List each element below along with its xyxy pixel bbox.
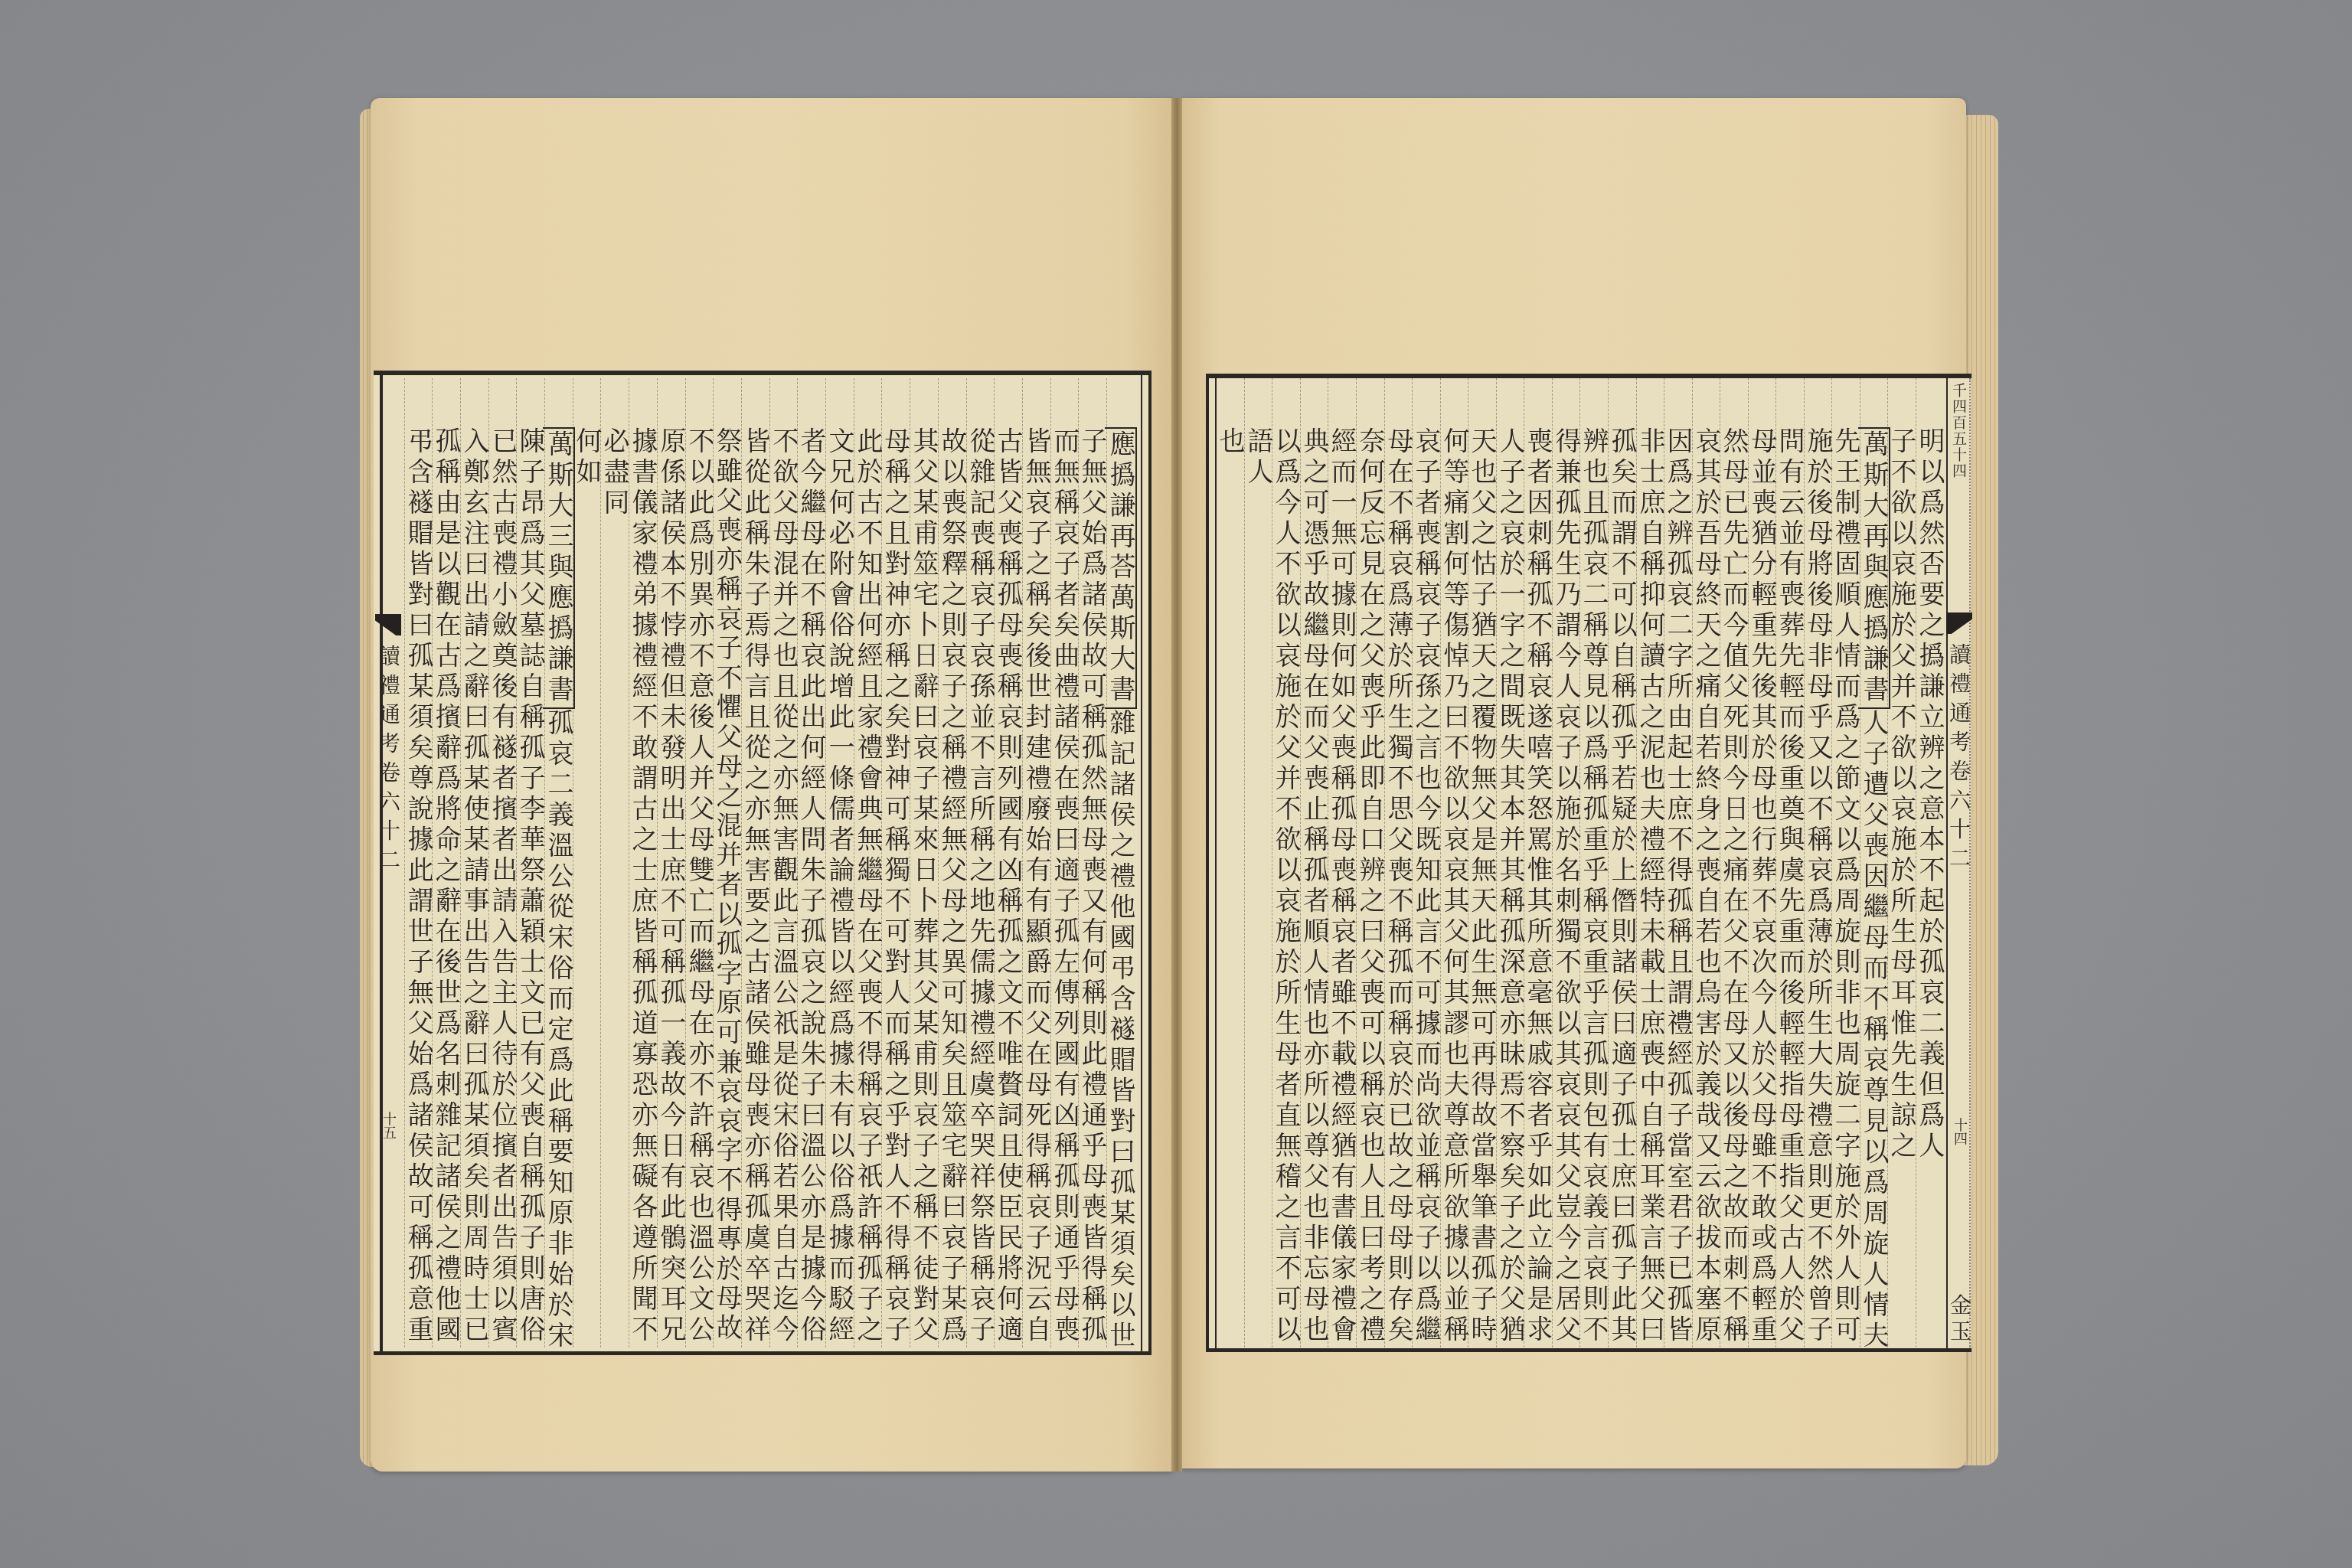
text-column: 故以喪祭釋之則哀子之稱禮經無父母之異可知矣且筮宅辭曰哀子某爲 [938,378,965,1347]
text-column: 得兼孤先生乃謂今人哀子以施於名刺獨不欲以其哀哀其父豈今之居父 [1552,378,1579,1347]
text-column: 母在不稱哀爲薄於所生獨不思父喪不稱孤而稱哀於已故之母母則存矣 [1384,378,1412,1347]
letter-title: 萬斯大再與應撝謙書 [1858,427,1890,709]
text-column: 子不欲以哀施於父并不欲以哀施於所生母耳惟先生諒之 [1887,378,1915,1347]
text-column: 喪者因刺稱孤不稱哀遂嘻笑怒罵惟其所意毫無戚容者乎如此立論是求 [1524,378,1551,1347]
column-text: 雜記諸侯之禮他國弔含襚賵皆對曰孤某須矣以世 [1105,709,1135,1352]
left-page-running-title: 讀禮通考卷六十二 [377,645,400,877]
carver-mark: 金玉 [1948,1294,1971,1346]
text-column: 哀其於吾母終天之痛自若終身之喪自若也烏害於義哉又云欲拔本塞原 [1692,378,1720,1347]
text-column: 其父某甫筮宅卜日辭曰哀子某來日卜葬其父某甫則哀子之稱不徒對父 [910,378,937,1347]
text-column: 因爲之辨孤哀二字所由起士庶不得孤稱且謂禮經孤子當室君子已孤皆 [1664,378,1691,1347]
text-column: 而無稱哀子者矣曲禮諸侯在喪曰適子孤左傳列國有凶稱孤則通乎母喪 [1050,378,1078,1347]
text-column: 應撝謙再荅萬斯大書雜記諸侯之禮他國弔含襚賵皆對曰孤某須矣以世 [1106,378,1134,1347]
left-page-number: 十五 [378,1112,398,1139]
text-column: 何等痛割何等傷悼乃曰不欲以哀哀其父何其謬也夫尊意所欲據以並稱 [1440,378,1468,1347]
text-column: 必盡同 [600,378,628,1347]
text-column: 孤矣而謂不可以自稱孤乎若疑於上僭則諸侯曰適子孤士庶曰孤子此其 [1608,378,1635,1347]
text-column: 哀子者喪稱哀子哀孫之言也今既知此言不可據而尚欲並稱哀子以爲繼 [1412,378,1439,1347]
text-column: 然母已先亡而今值父死則今日之痛在父不在母又以後母之故而刺不稱 [1720,378,1747,1347]
text-column: 語人 [1244,378,1272,1347]
text-column: 祭雖父喪亦稱哀子不懼父母之混并者以孤字原可兼哀哀字不得專於母故 [713,378,740,1347]
text-column: 不以此爲別異亦不意後人并父母雙亡而繼母在亦不許稱哀也溫公文公 [685,378,713,1347]
text-column: 古皆父喪稱孤母喪稱哀則列國有凶稱孤之文不唯贅詞且使臣民將何適 [994,378,1021,1347]
text-column: 典之可憑乎故繼母在而父喪止稱孤者順人情也亦所以尊父也非忘母也 [1300,378,1328,1347]
text-column: 問有云並有喪葬先輕而後重奠與虞先重而後輕輕指母重指父古人於父 [1775,378,1803,1347]
text-column: 子無父始爲諸侯故可稱孤然無母喪又有何稱則此禮通乎母喪皆得稱孤 [1078,378,1106,1347]
text-column: 孤稱由是以觀在古爲擯辭爲將命之辭在後世爲名刺雜記諸侯之禮他國 [432,378,459,1347]
text-column: 非士庶自稱抑何讀古之泥也夫禮經特未載士庶喪中自稱耳業言無父曰 [1636,378,1664,1347]
text-column: 經而一無可據則何如父喪稱孤母喪稱哀者雖不載禮經猶有書儀家禮會 [1328,378,1355,1347]
right-page-running-title: 讀禮通考卷六十二 [1947,643,1970,876]
text-column: 萬斯大三與應撝謙書孤哀二義溫公從宋俗而定爲此稱要知原非始於宋 [544,378,572,1347]
letter-title: 應撝謙再荅萬斯大書 [1105,427,1137,709]
text-column: 此於古不知出何經且家禮會典無繼母在父喪不得稱哀子祇許稱孤子之 [854,378,881,1347]
text-column: 施於後母將後母非母乎又以不稱哀爲薄於所生大失禮意則更不然曾子 [1804,378,1831,1347]
text-column: 以爲今人不欲以哀施於父并不欲以哀施於所生母者直無稽之言不可以 [1272,378,1299,1347]
text-column: 皆無哀子之稱矣後世封建禮廢始有有顯爵而父在母死得稱哀子況云自 [1022,378,1050,1347]
right-page-number: 十四 [1949,1118,1969,1145]
text-column: 何如 [573,378,600,1347]
text-column: 辨也且孤哀二稱尊見以爲稱孤重乎稱哀重乎言孤則包有哀義言哀則不 [1579,378,1607,1347]
text-column: 據書儀家禮弟據禮經不敢謂古之士庶皆稱孤道寡恐亦無礙各遵所聞不 [629,378,656,1347]
text-column: 從雜記喪稱哀子哀孫並不言所稱之地先儒據禮經虞卒哭祥祭皆稱哀子 [966,378,994,1347]
text-column: 母並喪猶分輕重先後其於母也行葬不哀次今人於父母雖不敢或爲輕重 [1748,378,1775,1347]
text-column: 母稱之且對神亦稱之矣對神可稱獨不可對人而稱之乎對人不得稱哀子 [881,378,909,1347]
text-column: 天也父之怙子猶天之覆物無父是無天此生無可再得故當舉筆書孤子時 [1468,378,1495,1347]
text-column: 萬斯大再與應撝謙書人子遭父喪因繼母而不稱哀尊見以爲周旋人情夫 [1860,378,1887,1347]
text-column: 先王制禮固順人情而爲之節文以爲周旋則非也周旋二字施於外人則可 [1831,378,1859,1347]
text-column: 人子之哀於一字之間既失其本并其稱孤深意亦昧焉不察矣子之於父猶 [1496,378,1524,1347]
letter-title: 萬斯大三與應撝謙書 [543,427,575,709]
text-column: 奈何反忘見在之父喪乎此即自口辨之曰父喪可以稱哀也人且曰考之禮 [1356,378,1383,1347]
text-column: 入鄭玄注曰出請之辭曰孤某使某請事出告之辭曰孤某須矣則周時士已 [460,378,488,1347]
column-text: 孤哀二義溫公從宋俗而定爲此稱要知原非始於宋 [543,709,573,1352]
text-column: 陳子昂爲其父墓誌自稱孤子李華祭蕭穎士文已有父喪自稱孤子則唐俗 [516,378,544,1347]
text-column: 明以爲然否要之撝謙立辨之意本不起於孤哀二義但爲人 [1916,378,1943,1347]
text-column: 弔含襚賵皆對曰孤某須矣尊說據此謂世子無父始爲諸侯故可稱孤意重 [404,378,432,1347]
text-column: 也 [1216,378,1243,1347]
leaf-character-count-label: 千四百五十四 [1949,383,1968,479]
book-gutter [1171,98,1182,1472]
text-column: 皆從此稱朱子焉得言且從之亦無害要之古諸侯雖母喪亦稱孤虞卒哭祥 [741,378,769,1347]
text-column: 不欲父母混并之也且從之亦無害觀此言溫公祇是從宋俗若果自古迄今 [769,378,797,1347]
text-column: 者今繼母在不稱哀此出何經人問朱子孤哀之說朱子曰溫公亦是據今俗 [797,378,825,1347]
text-column: 原係諸侯本不悖禮但未發明出士庶不可稱孤一義故今日有此鶻突耳兄 [657,378,684,1347]
text-column: 已然古喪禮小斂奠後有襚者擯者出請入告主人待於位擯者出告須以賓 [488,378,516,1347]
text-column: 文兄何必附會俗說增此一條儒者論禮皆以經爲據未有以俗爲據而駁經 [825,378,853,1347]
column-text: 人子遭父喪因繼母而不稱哀尊見以爲周旋人情夫 [1858,709,1889,1352]
